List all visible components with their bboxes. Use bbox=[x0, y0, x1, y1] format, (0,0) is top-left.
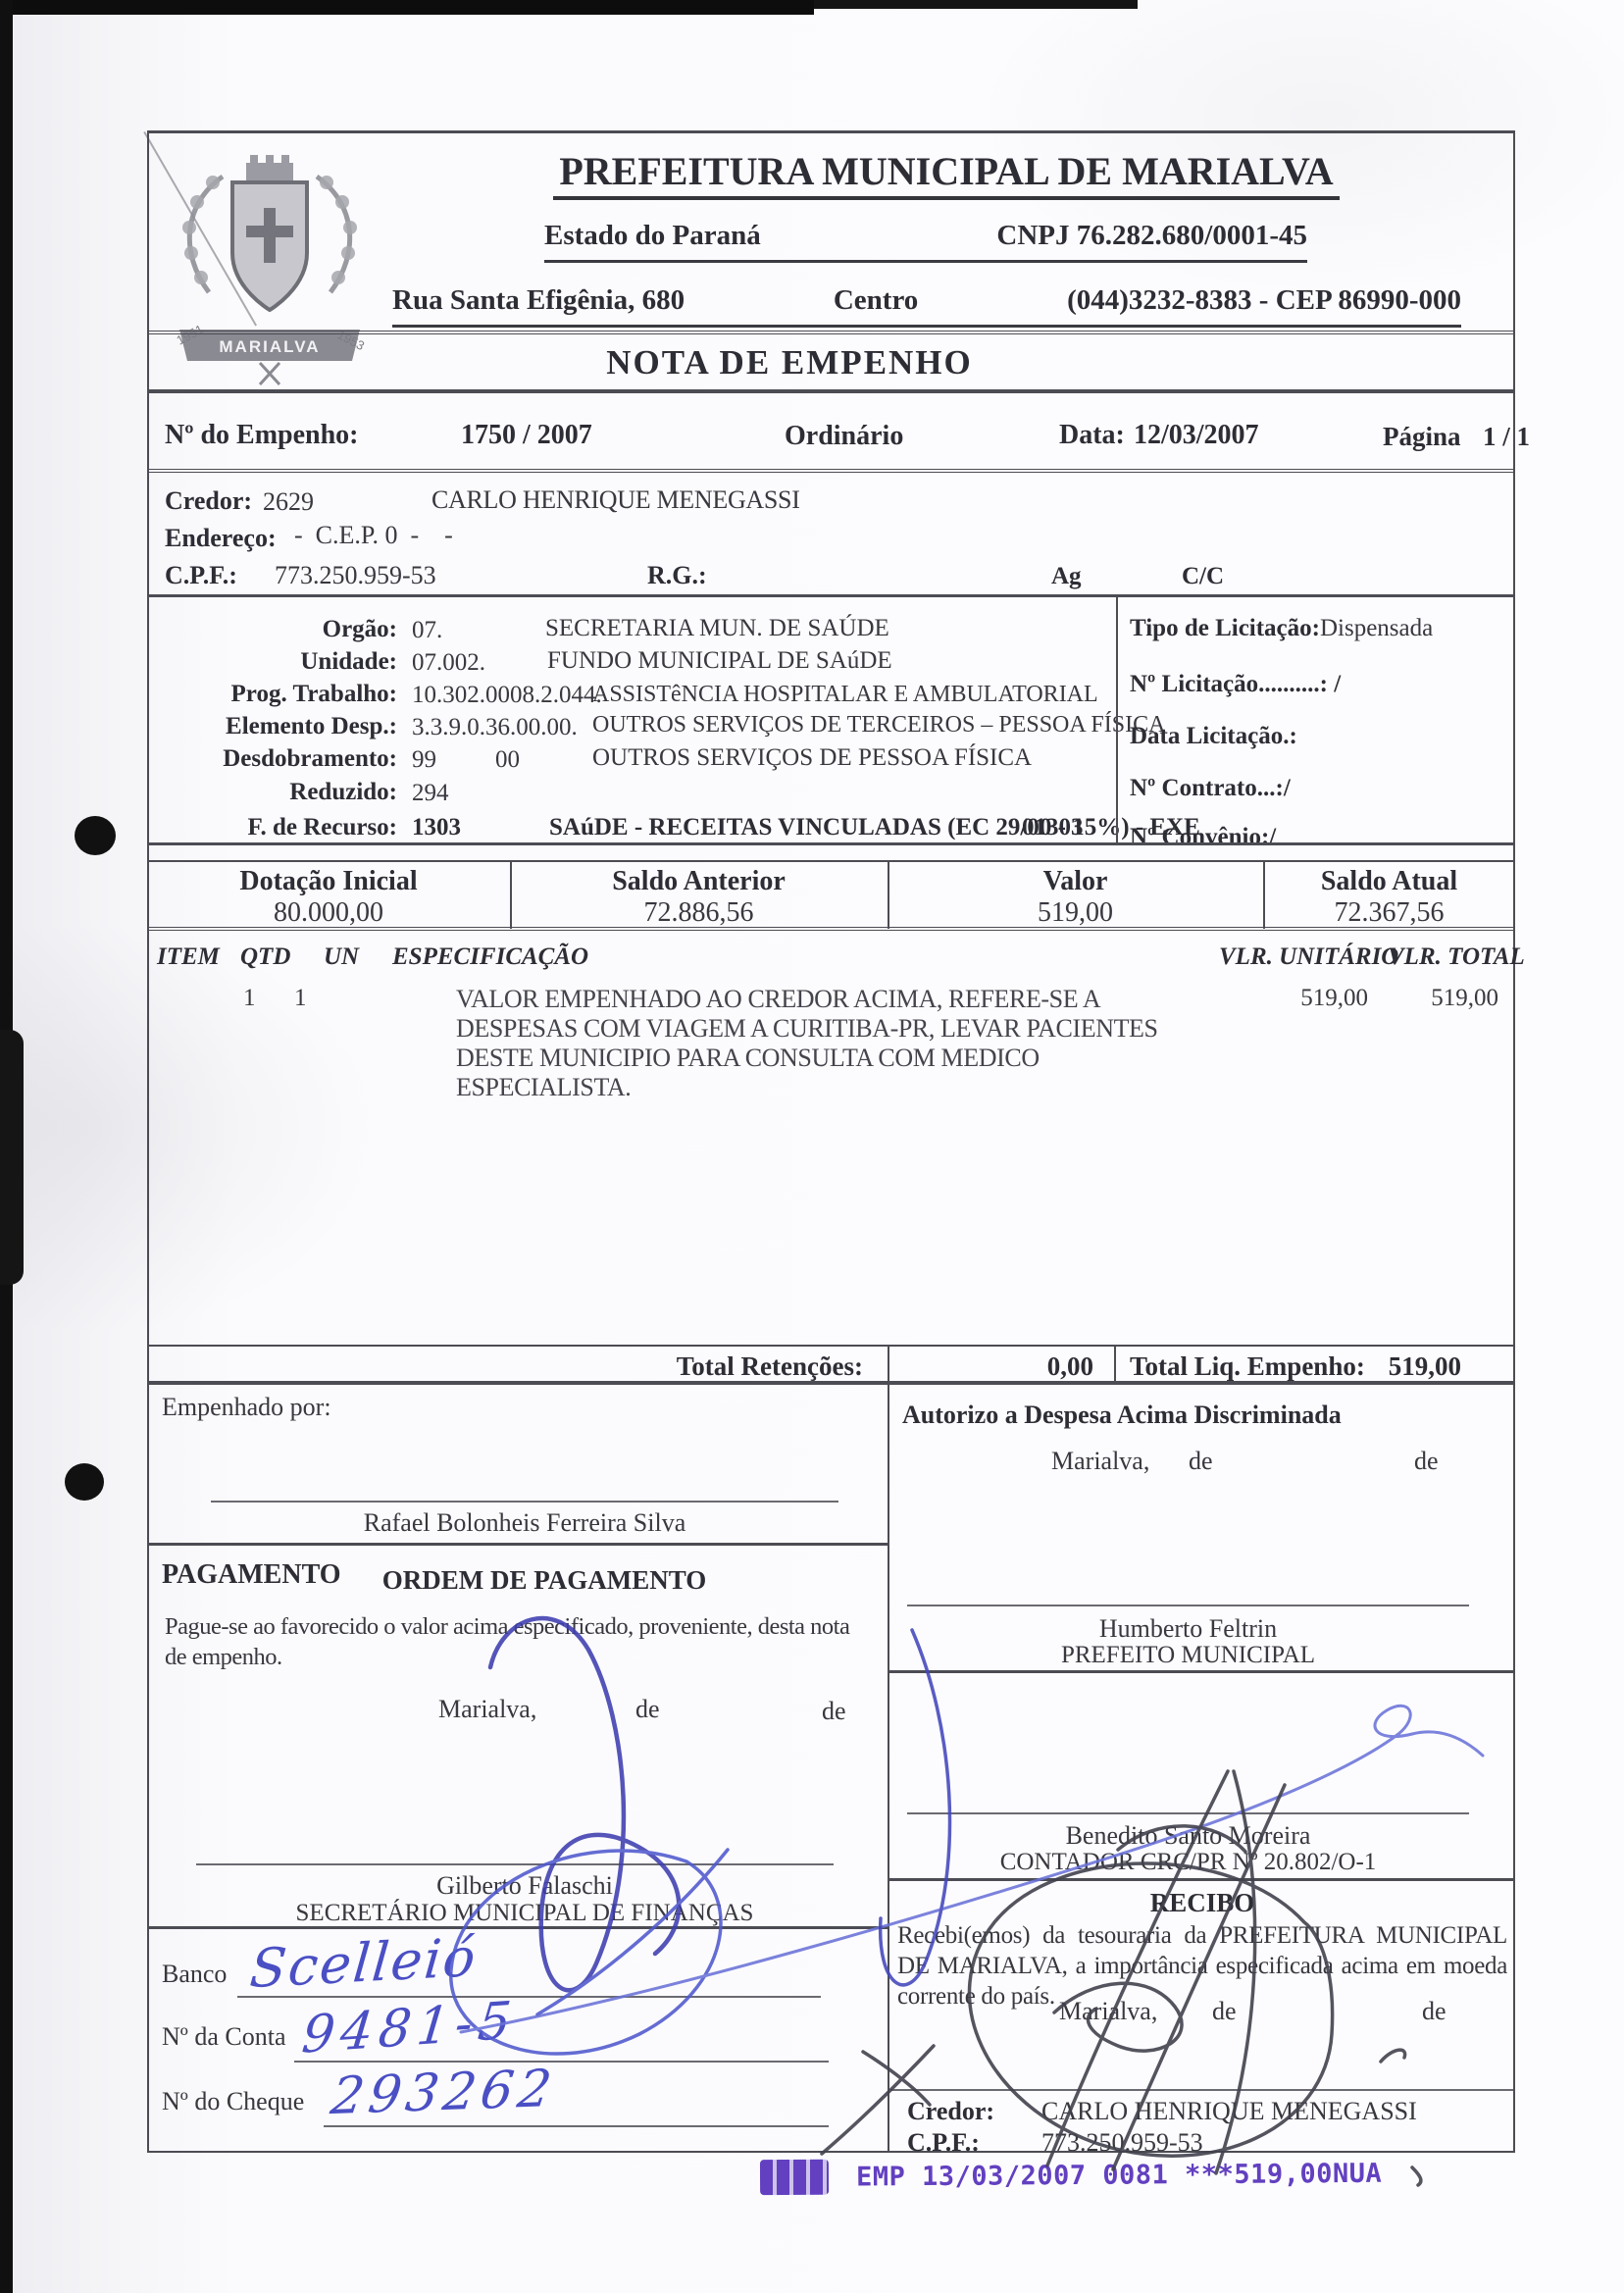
autorizo-titulo: Autorizo a Despesa Acima Discriminada bbox=[902, 1401, 1342, 1430]
item-vlr-unitario: 519,00 bbox=[1216, 985, 1368, 1013]
col-espec: ESPECIFICAÇÃO bbox=[392, 943, 588, 972]
rule-heavy bbox=[147, 389, 1515, 393]
recibo-cpf-label: C.P.F.: bbox=[907, 2128, 980, 2158]
class-code: 3.3.9.0.36.00.00. bbox=[412, 714, 578, 742]
divider-v bbox=[888, 1385, 889, 2151]
credor-codigo: 2629 bbox=[263, 487, 314, 517]
class-code: 294 bbox=[412, 780, 449, 808]
cheque-label: Nº do Cheque bbox=[162, 2087, 304, 2116]
recibo-titulo-wrap: RECIBO bbox=[889, 1888, 1515, 1918]
licitacao-data: Data Licitação.: bbox=[1130, 723, 1297, 751]
dotacao-header: Valor bbox=[888, 866, 1263, 897]
class-label: Reduzido: bbox=[147, 779, 397, 807]
recibo-credor-line bbox=[890, 2089, 1513, 2091]
conta-line bbox=[294, 2061, 829, 2063]
scan-edge-left-blob bbox=[0, 1030, 24, 1285]
empenhado-por-label: Empenhado por: bbox=[162, 1393, 331, 1422]
empenho-data-label: Data: bbox=[1059, 420, 1125, 451]
licitacao-contrato: Nº Contrato...:/ bbox=[1130, 775, 1291, 803]
recibo-texto: Recebi(emos) da tesouraria da PREFEITURA… bbox=[897, 1920, 1507, 2012]
class-desc: OUTROS SERVIÇOS DE TERCEIROS – PESSOA FÍ… bbox=[592, 712, 1165, 739]
recibo-credor-nome: CARLO HENRIQUE MENEGASSI bbox=[1041, 2097, 1417, 2126]
validation-stamp: EMP 13/03/2007 0081 ***519,00NUA bbox=[760, 2156, 1382, 2195]
licitacao-numero: Nº Licitação..........: / bbox=[1130, 671, 1341, 699]
col-un: UN bbox=[324, 943, 359, 972]
col-item: ITEM bbox=[157, 943, 220, 972]
credor-label: Credor: bbox=[165, 486, 252, 516]
empenho-numero-label: Nº do Empenho: bbox=[165, 420, 359, 451]
address-district: Centro bbox=[834, 284, 918, 317]
org-title: PREFEITURA MUNICIPAL DE MARIALVA bbox=[553, 149, 1339, 200]
autorizo-de-2: de bbox=[1414, 1447, 1439, 1476]
item-vlr-total: 519,00 bbox=[1373, 985, 1498, 1013]
prefeito-nome: Humberto Feltrin bbox=[907, 1614, 1469, 1644]
class-label: Elemento Desp.: bbox=[147, 713, 397, 741]
col-qtd: QTD bbox=[240, 943, 290, 972]
total-liquido-label: Total Liq. Empenho: bbox=[1130, 1351, 1365, 1382]
class-label: F. de Recurso: bbox=[147, 814, 397, 842]
header-title-wrap: PREFEITURA MUNICIPAL DE MARIALVA bbox=[382, 149, 1510, 194]
cheque-valor-manuscrito: 293262 bbox=[328, 2060, 560, 2126]
header-subtitle-row: Estado do Paraná CNPJ 76.282.680/0001-45 bbox=[544, 220, 1307, 263]
recibo-titulo: RECIBO bbox=[1150, 1888, 1255, 1917]
cnpj-label: CNPJ 76.282.680/0001-45 bbox=[996, 220, 1307, 252]
contador-cargo: CONTADOR CRC/PR Nº 20.802/O-1 bbox=[907, 1849, 1469, 1877]
recibo-de-2: de bbox=[1422, 1997, 1446, 2026]
prefeito-cargo: PREFEITO MUNICIPAL bbox=[907, 1642, 1469, 1670]
banco-label: Banco bbox=[162, 1960, 227, 1989]
licitacao-convenio: Nº Convênio:/ bbox=[1130, 824, 1276, 852]
form-border-left bbox=[147, 130, 149, 2153]
paper-crease bbox=[143, 131, 257, 326]
header-address-row: Rua Santa Efigênia, 680 Centro (044)3232… bbox=[392, 284, 1461, 328]
signature-line bbox=[196, 1863, 834, 1865]
class-code2: 00 bbox=[495, 746, 520, 775]
total-retencoes-label: Total Retenções: bbox=[510, 1351, 863, 1382]
dotacao-valor: 80.000,00 bbox=[147, 897, 510, 929]
scanned-document: MARIALVA 1951 1953 PREFEITURA MUNICIPAL … bbox=[0, 0, 1624, 2293]
rule-double bbox=[147, 469, 1515, 473]
rule-h bbox=[147, 594, 1515, 597]
signature-line bbox=[907, 1812, 1469, 1814]
rule-h bbox=[147, 860, 1515, 862]
recibo-de-1: de bbox=[1212, 1997, 1237, 2026]
item-numero: 1 bbox=[243, 985, 256, 1013]
rule-h bbox=[147, 842, 1515, 845]
autorizo-de-1: de bbox=[1189, 1447, 1213, 1476]
stamp-text: EMP 13/03/2007 0081 ***519,00NUA bbox=[856, 2158, 1382, 2192]
rg-label: R.G.: bbox=[647, 561, 707, 590]
class-desc: SECRETARIA MUN. DE SAÚDE bbox=[545, 615, 889, 643]
dotacao-valor: 72.367,56 bbox=[1263, 897, 1515, 929]
rule-h bbox=[147, 1345, 1515, 1347]
dotacao-header: Saldo Atual bbox=[1263, 866, 1515, 897]
estado-label: Estado do Paraná bbox=[544, 220, 761, 252]
class-code: 10.302.0008.2.044. bbox=[412, 682, 602, 710]
cpf-label: C.P.F.: bbox=[165, 561, 237, 590]
doc-title-wrap: NOTA DE EMPENHO bbox=[147, 343, 1432, 382]
pagina-label: Página bbox=[1383, 422, 1461, 452]
empenhado-por-assinante: Rafael Bolonheis Ferreira Silva bbox=[211, 1508, 838, 1538]
address-phone-cep: (044)3232-8383 - CEP 86990-000 bbox=[1067, 284, 1461, 317]
total-liquido-valor: 519,00 bbox=[1351, 1351, 1461, 1382]
signature-line bbox=[211, 1501, 838, 1503]
recibo-credor-label: Credor: bbox=[907, 2097, 994, 2126]
class-desc: SAúDE - RECEITAS VINCULADAS (EC 29/00 - … bbox=[549, 814, 1200, 842]
contador-nome: Benedito Santo Moreira bbox=[907, 1821, 1469, 1851]
licitacao-tipo-valor: Dispensada bbox=[1320, 615, 1433, 641]
class-code: 1303 bbox=[412, 814, 461, 842]
hole-punch bbox=[75, 816, 116, 855]
class-code: 99 bbox=[412, 746, 436, 775]
divider-v bbox=[1114, 1345, 1116, 1384]
class-extra: 01303 bbox=[1022, 814, 1084, 842]
scan-edge-top-thick bbox=[0, 0, 814, 15]
cheque-line bbox=[324, 2125, 829, 2127]
class-label: Orgão: bbox=[147, 616, 397, 644]
endereco-label: Endereço: bbox=[165, 524, 277, 553]
ag-label: Ag bbox=[1051, 563, 1082, 591]
banco-line bbox=[237, 1996, 821, 1998]
form-border-top bbox=[147, 130, 1515, 133]
rule-h bbox=[147, 1543, 888, 1546]
rule-heavy bbox=[147, 1381, 1515, 1385]
pagamento-texto: Pague-se ao favorecido o valor acima esp… bbox=[165, 1611, 869, 1672]
endereco-valor: - C.E.P. 0 - - bbox=[294, 521, 453, 550]
pagamento-cidade: Marialva, bbox=[438, 1695, 536, 1724]
class-label: Desdobramento: bbox=[147, 745, 397, 774]
class-desc: ASSISTêNCIA HOSPITALAR E AMBULATORIAL bbox=[592, 682, 1098, 709]
empenho-data: 12/03/2007 bbox=[1134, 420, 1259, 451]
rule-h bbox=[147, 1926, 888, 1929]
recibo-cidade: Marialva, bbox=[1059, 1997, 1157, 2026]
recibo-cpf-valor: 773.250.959-53 bbox=[1041, 2128, 1203, 2158]
divider-v bbox=[888, 1345, 889, 1384]
class-code: 07. bbox=[412, 617, 442, 645]
pagamento-titulo: PAGAMENTO bbox=[162, 1559, 341, 1591]
signature-line bbox=[907, 1605, 1469, 1606]
class-label: Unidade: bbox=[147, 648, 397, 677]
class-desc: OUTROS SERVIÇOS DE PESSOA FÍSICA bbox=[592, 744, 1032, 773]
class-label: Prog. Trabalho: bbox=[147, 681, 397, 709]
address-street: Rua Santa Efigênia, 680 bbox=[392, 284, 685, 317]
item-especificacao: VALOR EMPENHADO AO CREDOR ACIMA, REFERE-… bbox=[456, 985, 1187, 1102]
conta-label: Nº da Conta bbox=[162, 2022, 285, 2052]
total-retencoes-valor: 0,00 bbox=[981, 1351, 1093, 1382]
autorizo-cidade: Marialva, bbox=[1051, 1447, 1149, 1476]
pagina-valor: 1 / 1 bbox=[1483, 422, 1530, 452]
banco-valor-manuscrito: Scelleió bbox=[247, 1926, 480, 2000]
empenho-numero: 1750 / 2007 bbox=[461, 420, 592, 451]
dotacao-valor: 72.886,56 bbox=[510, 897, 888, 929]
pagamento-de-1: de bbox=[635, 1695, 660, 1724]
rule-double bbox=[147, 331, 1515, 334]
item-qtd: 1 bbox=[294, 985, 307, 1013]
form-border-bottom bbox=[147, 2151, 1515, 2153]
rule-h bbox=[889, 1878, 1515, 1881]
bank-validation-mark-icon bbox=[760, 2160, 829, 2195]
class-desc: FUNDO MUNICIPAL DE SAúDE bbox=[547, 647, 892, 676]
credor-nome: CARLO HENRIQUE MENEGASSI bbox=[431, 485, 800, 515]
cpf-valor: 773.250.959-53 bbox=[275, 561, 436, 590]
secretario-cargo: SECRETÁRIO MUNICIPAL DE FINANÇAS bbox=[211, 1900, 838, 1928]
licitacao-tipo-label: Tipo de Licitação: bbox=[1130, 615, 1320, 641]
dotacao-header: Saldo Anterior bbox=[510, 866, 888, 897]
cc-label: C/C bbox=[1182, 563, 1224, 591]
dotacao-valor: 519,00 bbox=[888, 897, 1263, 929]
rule-double bbox=[147, 927, 1515, 931]
ordem-pagamento-titulo: ORDEM DE PAGAMENTO bbox=[324, 1565, 765, 1596]
empenho-tipo: Ordinário bbox=[785, 421, 903, 452]
hole-punch bbox=[65, 1463, 104, 1501]
dotacao-header: Dotação Inicial bbox=[147, 866, 510, 897]
pagamento-de-2: de bbox=[822, 1697, 846, 1726]
col-vlr-unitario: VLR. UNITÁRIO bbox=[1219, 943, 1398, 972]
secretario-nome: Gilberto Falaschi bbox=[211, 1871, 838, 1901]
licitacao-tipo: Tipo de Licitação:Dispensada bbox=[1130, 615, 1433, 643]
class-code: 07.002. bbox=[412, 649, 485, 678]
conta-valor-manuscrito: 9481-5 bbox=[299, 1991, 520, 2065]
divider-v bbox=[1116, 596, 1118, 844]
rule-h bbox=[889, 1670, 1515, 1673]
col-vlr-total: VLR. TOTAL bbox=[1388, 943, 1525, 972]
doc-title: NOTA DE EMPENHO bbox=[606, 343, 973, 382]
